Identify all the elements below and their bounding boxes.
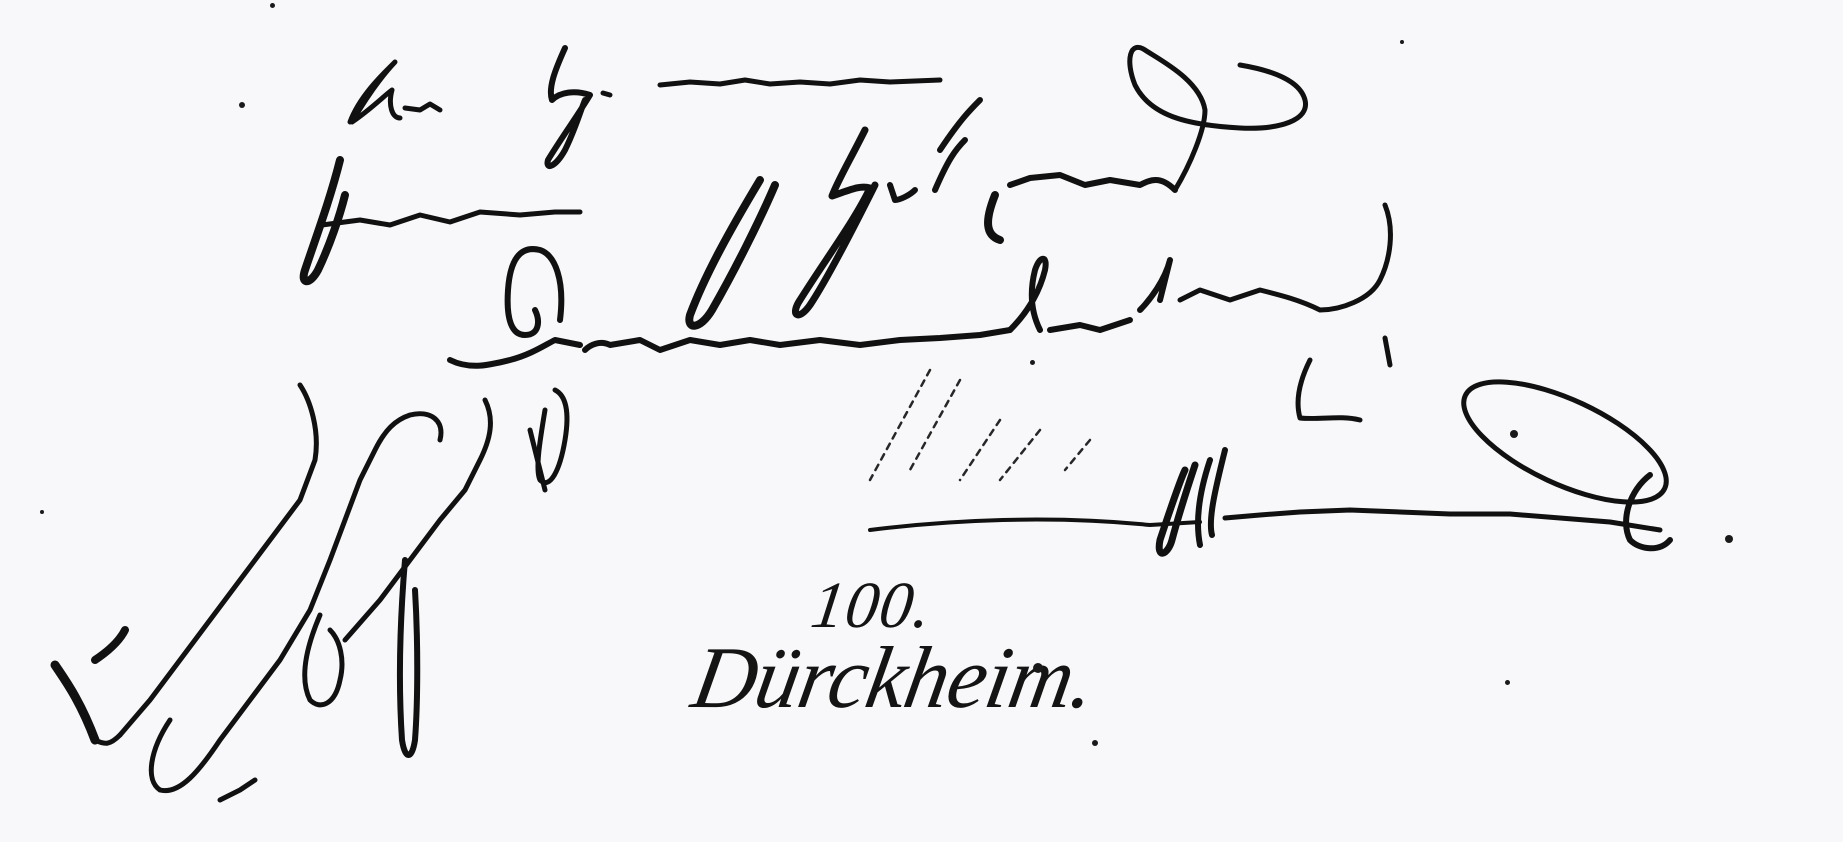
ink-speck bbox=[1725, 535, 1733, 543]
ink-speck bbox=[1092, 740, 1098, 746]
ink-speck bbox=[239, 102, 245, 108]
letter-cover: An Herrn Herrn Hilgard Domainendirektor … bbox=[0, 0, 1843, 842]
ink-speck bbox=[1033, 663, 1043, 673]
ink-speck bbox=[1400, 40, 1404, 44]
handwriting-word-zu bbox=[1298, 338, 1390, 420]
ink-speck bbox=[40, 510, 44, 514]
handwriting-line-domainendirektor bbox=[450, 180, 1390, 366]
ink-speck bbox=[1505, 680, 1510, 685]
postmark-town: Dürckheim. bbox=[685, 628, 1103, 729]
ink-speck bbox=[1510, 430, 1518, 438]
handwriting-line-speyer bbox=[870, 357, 1682, 553]
handwriting-faint-marks bbox=[870, 370, 1090, 480]
ink-speck bbox=[1030, 360, 1035, 365]
handwriting-line-an-herrn bbox=[350, 48, 940, 166]
handwriting-margin-note bbox=[55, 385, 567, 800]
ink-speck bbox=[270, 3, 275, 8]
handwriting-line-herrn-hilgard bbox=[304, 47, 1306, 315]
